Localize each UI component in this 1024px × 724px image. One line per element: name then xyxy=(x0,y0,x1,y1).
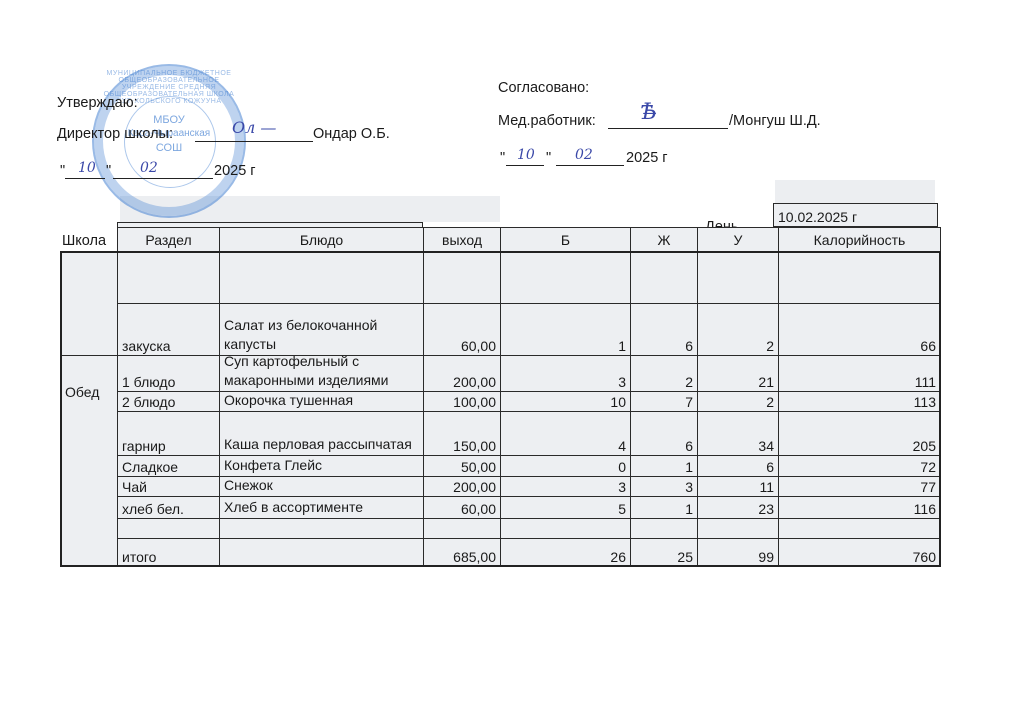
dish-cell: Суп картофельный с макаронными изделиями xyxy=(219,355,424,392)
output-cell: 200,00 xyxy=(423,476,501,497)
day-value: 10.02.2025 г xyxy=(773,203,938,227)
kcal-cell xyxy=(778,518,941,539)
protein-cell: 3 xyxy=(500,476,631,497)
director-label: Директор школы: xyxy=(57,126,173,142)
section-cell: гарнир xyxy=(117,411,220,456)
output-cell: 100,00 xyxy=(423,391,501,412)
column-header: Калорийность xyxy=(778,227,941,252)
quote-open: " xyxy=(500,150,505,166)
protein-cell: 4 xyxy=(500,411,631,456)
stamp-line: МБОУ xyxy=(94,114,244,126)
fat-cell: 25 xyxy=(630,538,698,567)
approve-month: 02 xyxy=(140,160,158,176)
medic-signature-line xyxy=(608,128,728,129)
meal-label: Обед xyxy=(60,355,118,567)
fat-cell: 3 xyxy=(630,476,698,497)
output-cell xyxy=(423,518,501,539)
protein-cell: 3 xyxy=(500,355,631,392)
quote-open: " xyxy=(60,163,65,179)
carbs-cell xyxy=(697,251,779,304)
carbs-cell: 2 xyxy=(697,391,779,412)
carbs-cell: 2 xyxy=(697,303,779,356)
meal-cell-blank xyxy=(60,251,118,356)
output-cell xyxy=(423,251,501,304)
carbs-cell: 23 xyxy=(697,496,779,519)
carbs-cell: 34 xyxy=(697,411,779,456)
kcal-cell: 111 xyxy=(778,355,941,392)
agreed-title: Согласовано: xyxy=(498,80,589,96)
quote-close: " xyxy=(106,163,111,179)
stamp-line: СОШ xyxy=(94,142,244,154)
protein-cell: 10 xyxy=(500,391,631,412)
day-line xyxy=(65,178,105,179)
shading-band xyxy=(775,180,935,204)
fat-cell: 6 xyxy=(630,303,698,356)
column-header: Блюдо xyxy=(219,227,424,252)
output-cell: 150,00 xyxy=(423,411,501,456)
output-cell: 200,00 xyxy=(423,355,501,392)
dish-cell xyxy=(219,518,424,539)
kcal-cell xyxy=(778,251,941,304)
protein-cell: 26 xyxy=(500,538,631,567)
column-header: Б xyxy=(500,227,631,252)
column-header: У xyxy=(697,227,779,252)
approve-title: Утверждаю: xyxy=(57,95,138,111)
agreed-day: 10 xyxy=(517,147,535,163)
column-header: Раздел xyxy=(117,227,220,252)
fat-cell: 7 xyxy=(630,391,698,412)
carbs-cell: 6 xyxy=(697,455,779,477)
dish-cell xyxy=(219,251,424,304)
dish-cell: Окорочка тушенная xyxy=(219,391,424,412)
section-cell: Сладкое xyxy=(117,455,220,477)
kcal-cell: 205 xyxy=(778,411,941,456)
kcal-cell: 66 xyxy=(778,303,941,356)
agreed-year: 2025 г xyxy=(626,150,668,166)
fat-cell: 6 xyxy=(630,411,698,456)
kcal-cell: 116 xyxy=(778,496,941,519)
director-signature-line xyxy=(195,141,313,142)
medic-signature: Ѣ̶ xyxy=(640,100,657,125)
section-cell: 1 блюдо xyxy=(117,355,220,392)
carbs-cell: 99 xyxy=(697,538,779,567)
dish-cell xyxy=(219,538,424,567)
fat-cell xyxy=(630,251,698,304)
dish-cell: Конфета Глейс xyxy=(219,455,424,477)
fat-cell: 2 xyxy=(630,355,698,392)
kcal-cell: 113 xyxy=(778,391,941,412)
protein-cell xyxy=(500,251,631,304)
protein-cell xyxy=(500,518,631,539)
fat-cell: 1 xyxy=(630,496,698,519)
section-cell: Чай xyxy=(117,476,220,497)
approve-day: 10 xyxy=(78,160,96,176)
carbs-cell: 21 xyxy=(697,355,779,392)
protein-cell: 5 xyxy=(500,496,631,519)
director-signature: Ол — xyxy=(232,118,276,137)
column-header: Ж xyxy=(630,227,698,252)
carbs-cell: 11 xyxy=(697,476,779,497)
kcal-cell: 77 xyxy=(778,476,941,497)
section-cell: хлеб бел. xyxy=(117,496,220,519)
section-cell xyxy=(117,518,220,539)
output-cell: 60,00 xyxy=(423,303,501,356)
output-cell: 685,00 xyxy=(423,538,501,567)
kcal-cell: 760 xyxy=(778,538,941,567)
dish-cell: Салат из белокочанной капусты xyxy=(219,303,424,356)
month-line xyxy=(113,178,213,179)
output-cell: 50,00 xyxy=(423,455,501,477)
fat-cell xyxy=(630,518,698,539)
carbs-cell xyxy=(697,518,779,539)
director-name: Ондар О.Б. xyxy=(313,126,390,142)
quote-close: " xyxy=(546,150,551,166)
section-cell: закуска xyxy=(117,303,220,356)
school-label: Школа xyxy=(62,233,106,249)
approve-year: 2025 г xyxy=(214,163,256,179)
section-cell: 2 блюдо xyxy=(117,391,220,412)
fat-cell: 1 xyxy=(630,455,698,477)
dish-cell: Хлеб в ассортименте xyxy=(219,496,424,519)
protein-cell: 0 xyxy=(500,455,631,477)
kcal-cell: 72 xyxy=(778,455,941,477)
output-cell: 60,00 xyxy=(423,496,501,519)
medic-name: /Монгуш Ш.Д. xyxy=(729,113,821,129)
section-cell xyxy=(117,251,220,304)
medic-label: Мед.работник: xyxy=(498,113,596,129)
column-header: выход xyxy=(423,227,501,252)
dish-cell: Каша перловая рассыпчатая xyxy=(219,411,424,456)
protein-cell: 1 xyxy=(500,303,631,356)
day-line xyxy=(506,165,544,166)
month-line xyxy=(556,165,624,166)
section-cell: итого xyxy=(117,538,220,567)
dish-cell: Снежок xyxy=(219,476,424,497)
agreed-month: 02 xyxy=(575,147,593,163)
